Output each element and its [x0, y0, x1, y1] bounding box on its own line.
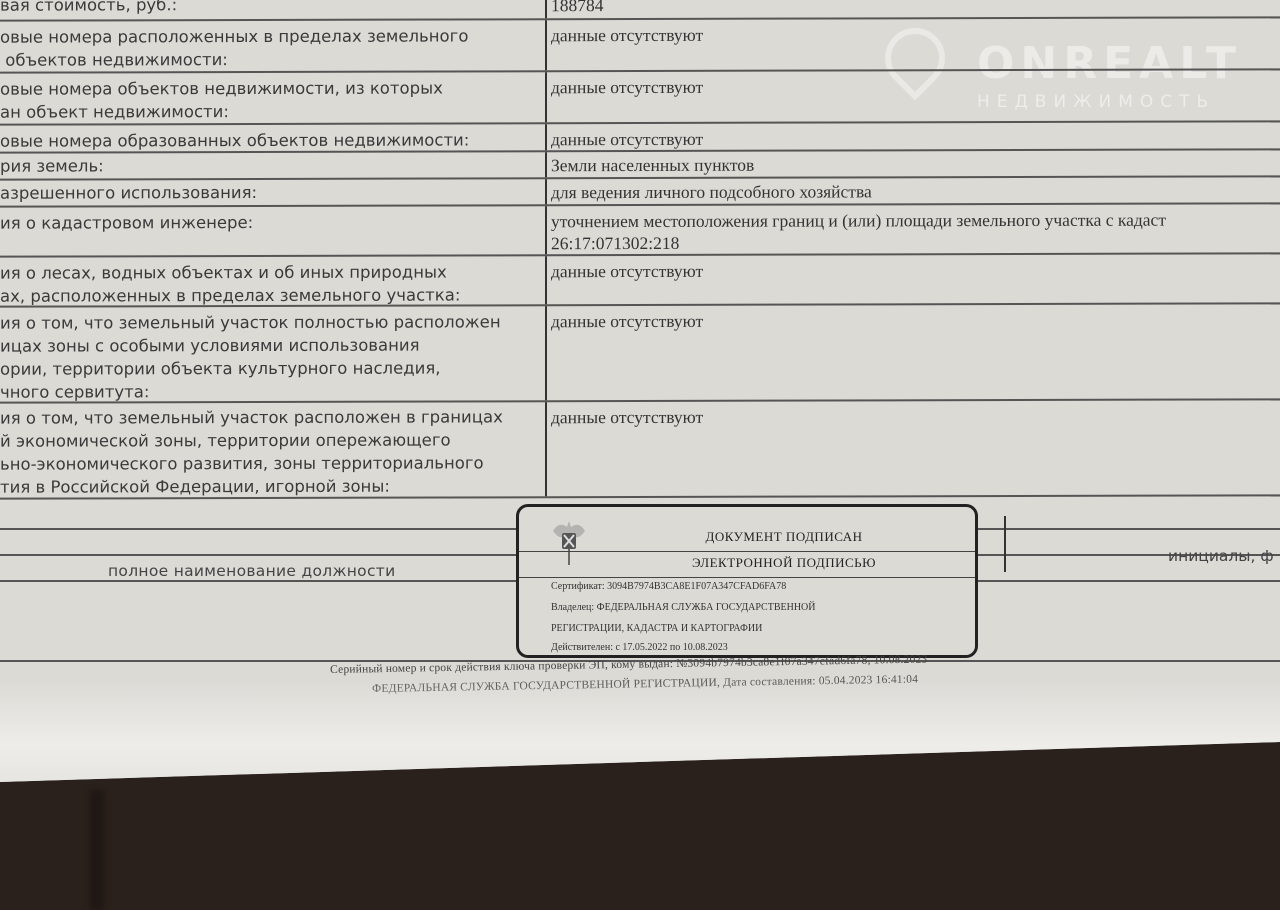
stamp-validity: Действителен: с 17.05.2022 по 10.08.2023	[551, 642, 728, 653]
stamp-title-line2: ЭЛЕКТРОННОЙ ПОДПИСЬЮ	[619, 555, 949, 571]
row-label: ия о том, что земельный участок располож…	[0, 402, 547, 497]
table-row: ия о кадастровом инженере: уточнением ме…	[0, 204, 1280, 257]
row-value: данные отсутствуют	[549, 304, 1280, 400]
table-row: ия о том, что земельный участок полность…	[0, 304, 1280, 403]
paper-glare	[0, 680, 1280, 790]
row-label: рия земель:	[0, 152, 547, 178]
stamp-owner-line1: Владелец: ФЕДЕРАЛЬНАЯ СЛУЖБА ГОСУДАРСТВЕ…	[551, 602, 816, 613]
position-label: полное наименование должности	[108, 562, 395, 580]
desk-surface	[90, 790, 104, 910]
row-value: данные отсутствуют	[549, 18, 1280, 70]
coat-of-arms-icon	[549, 517, 589, 565]
stamp-owner-line2: РЕГИСТРАЦИИ, КАДАСТРА И КАРТОГРАФИИ	[551, 623, 762, 634]
row-label: ия о том, что земельный участок полность…	[0, 306, 547, 401]
row-label: ия о лесах, водных объектах и об иных пр…	[0, 256, 547, 305]
row-value: Земли населенных пунктов	[549, 150, 1280, 177]
table-row: азрешенного использования: для ведения л…	[0, 177, 1280, 207]
row-label: вая стоимость, руб.:	[0, 0, 547, 20]
table-row: овые номера образованных объектов недвиж…	[0, 122, 1280, 153]
table-row: овые номера расположенных в пределах зем…	[0, 18, 1280, 73]
row-label: овые номера объектов недвижимости, из ко…	[0, 72, 547, 123]
row-label: азрешенного использования:	[0, 179, 547, 205]
stamp-title-line1: ДОКУМЕНТ ПОДПИСАН	[619, 529, 949, 545]
row-label: овые номера расположенных в пределах зем…	[0, 20, 547, 71]
stamp-certificate: Сертификат: 3094B7974B3CA8E1F07A347CFAD6…	[551, 581, 786, 592]
electronic-signature-stamp: ДОКУМЕНТ ПОДПИСАН ЭЛЕКТРОННОЙ ПОДПИСЬЮ С…	[516, 504, 978, 658]
table-row: овые номера объектов недвижимости, из ко…	[0, 70, 1280, 125]
row-value: данные отсутствуют	[549, 122, 1280, 150]
table-row: ия о лесах, водных объектах и об иных пр…	[0, 254, 1280, 307]
row-value: данные отсутствуют	[549, 400, 1280, 496]
row-value: данные отсутствуют	[549, 254, 1280, 304]
row-value: 188784	[549, 0, 1280, 18]
row-value: уточнением местоположения границ и (или)…	[549, 204, 1280, 254]
row-value: данные отсутствуют	[549, 70, 1280, 122]
row-label: овые номера образованных объектов недвиж…	[0, 124, 547, 151]
row-label: ия о кадастровом инженере:	[0, 206, 547, 255]
initials-label: инициалы, ф	[1168, 547, 1274, 565]
table-row: ия о том, что земельный участок располож…	[0, 400, 1280, 499]
row-value: для ведения личного подсобного хозяйства	[549, 177, 1280, 204]
land-plot-info-table: вая стоимость, руб.: 188784 овые номера …	[0, 0, 1280, 2]
table-row: рия земель: Земли населенных пунктов	[0, 150, 1280, 180]
divider	[1004, 516, 1006, 572]
